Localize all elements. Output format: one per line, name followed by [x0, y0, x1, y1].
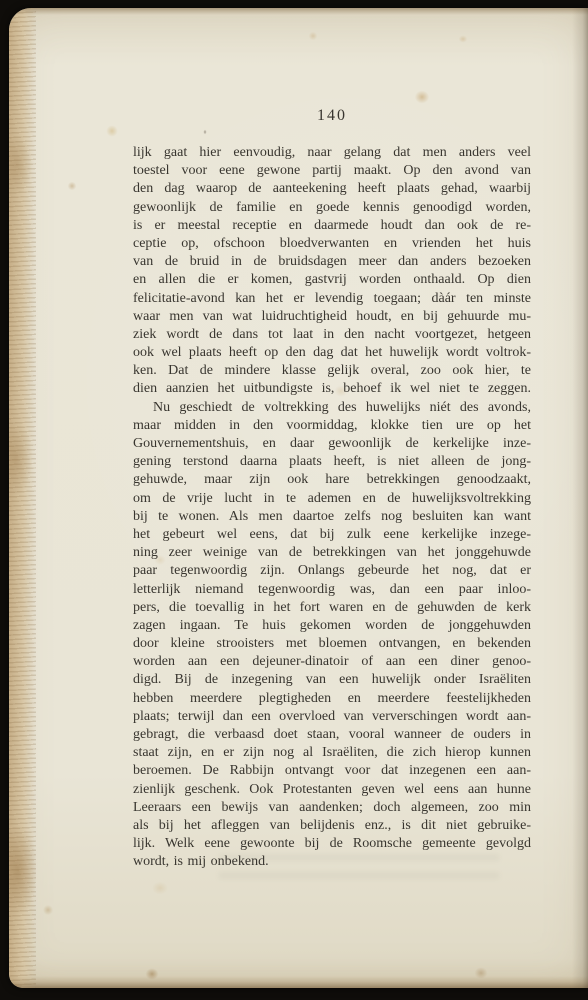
text-line: zienlijk geschenk. Ook Protestanten geve… [133, 781, 531, 799]
page-bottom-edge-shadow [9, 976, 588, 988]
text-line: Gouvernementshuis, en daar gewoonlijk de… [133, 435, 531, 453]
text-line: pers, die toevallig in het fort waren en… [133, 599, 531, 617]
text-line: bij te wonen. Als men daartoe zelfs nog … [133, 508, 531, 526]
text-line: is er meestal receptie en daarmede houdt… [133, 217, 531, 235]
text-line: wordt, is mij onbekend. [133, 853, 531, 871]
text-line: Nu geschiedt de voltrekking des huwelijk… [133, 399, 531, 417]
text-line: paar tegenwoordig zijn. Onlangs gebeurde… [133, 562, 531, 580]
text-line: om de vrije lucht in te ademen en de huw… [133, 490, 531, 508]
text-line: zagen ingaan. Te huis gekomen worden de … [133, 617, 531, 635]
scan-background: 140 lijk gaat hier eenvoudig, naar gelan… [0, 0, 588, 1000]
text-line: door kleine strooisters met bloemen ontv… [133, 635, 531, 653]
text-line: hebben meerdere plegtigheden en meerdere… [133, 690, 531, 708]
text-line: als bij het afleggen van belijdenis enz.… [133, 817, 531, 835]
text-line: gehuwde, maar zijn ook hare betrekkingen… [133, 471, 531, 489]
text-line: lijk gaat hier eenvoudig, naar gelang da… [133, 144, 531, 162]
text-line: staat zijn, en er zijn nog al Israëliten… [133, 744, 531, 762]
text-line: het gebeurt wel eens, dat bij zulk eene … [133, 526, 531, 544]
text-line: digd. Bij de inzegening van een huwelijk… [133, 671, 531, 689]
text-line: toestel voor eene gewone partij maakt. O… [133, 162, 531, 180]
text-line: ceptie op, ofschoon bloedverwanten en vr… [133, 235, 531, 253]
book-page: 140 lijk gaat hier eenvoudig, naar gelan… [9, 8, 588, 988]
text-line: ook wel plaats heeft op den dag dat het … [133, 344, 531, 362]
page-number: 140 [133, 107, 531, 125]
text-line: worden aan een dejeuner-dinatoir of aan … [133, 653, 531, 671]
text-line: gening terstond daarna plaats heeft, is … [133, 453, 531, 471]
text-line: gebragt, die verbaasd doet staan, vooral… [133, 726, 531, 744]
text-line: den dag waarop de aanteekening heeft pla… [133, 180, 531, 198]
text-line: letterlijk niemand tegenwoordig was, dan… [133, 581, 531, 599]
text-line: Leeraars een bewijs van aandenken; doch … [133, 799, 531, 817]
page-top-edge-shadow [9, 8, 588, 15]
text-line: felicitatie-avond kan het er levendig to… [133, 290, 531, 308]
text-line: ning zeer weinige van de betrekkingen va… [133, 544, 531, 562]
binding-gutter-shadow [572, 8, 588, 988]
text-line: ziek wordt de dans tot laat in den nacht… [133, 326, 531, 344]
text-line: maar midden in den voormiddag, klokke ti… [133, 417, 531, 435]
text-line: waar men van wat luidruchtigheid houdt, … [133, 308, 531, 326]
text-line: van de bruid in de bruidsdagen meer dan … [133, 253, 531, 271]
text-line: lijk. Welk eene gewoonte bij de Roomsche… [133, 835, 531, 853]
body-text: lijk gaat hier eenvoudig, naar gelang da… [133, 144, 531, 872]
text-line: gewoonlijk de familie en goede kennis ge… [133, 199, 531, 217]
text-line: dien aanzien het uitbundigste is, behoef… [133, 380, 531, 398]
text-line: en allen die er komen, gastvrij worden o… [133, 271, 531, 289]
page-fore-edge [9, 8, 36, 988]
text-line: ken. Dat de mindere klasse gelijk overal… [133, 362, 531, 380]
text-line: plaats; terwijl dan een overvloed van ve… [133, 708, 531, 726]
text-line: beroemen. De Rabbijn ontvangt voor dat i… [133, 762, 531, 780]
